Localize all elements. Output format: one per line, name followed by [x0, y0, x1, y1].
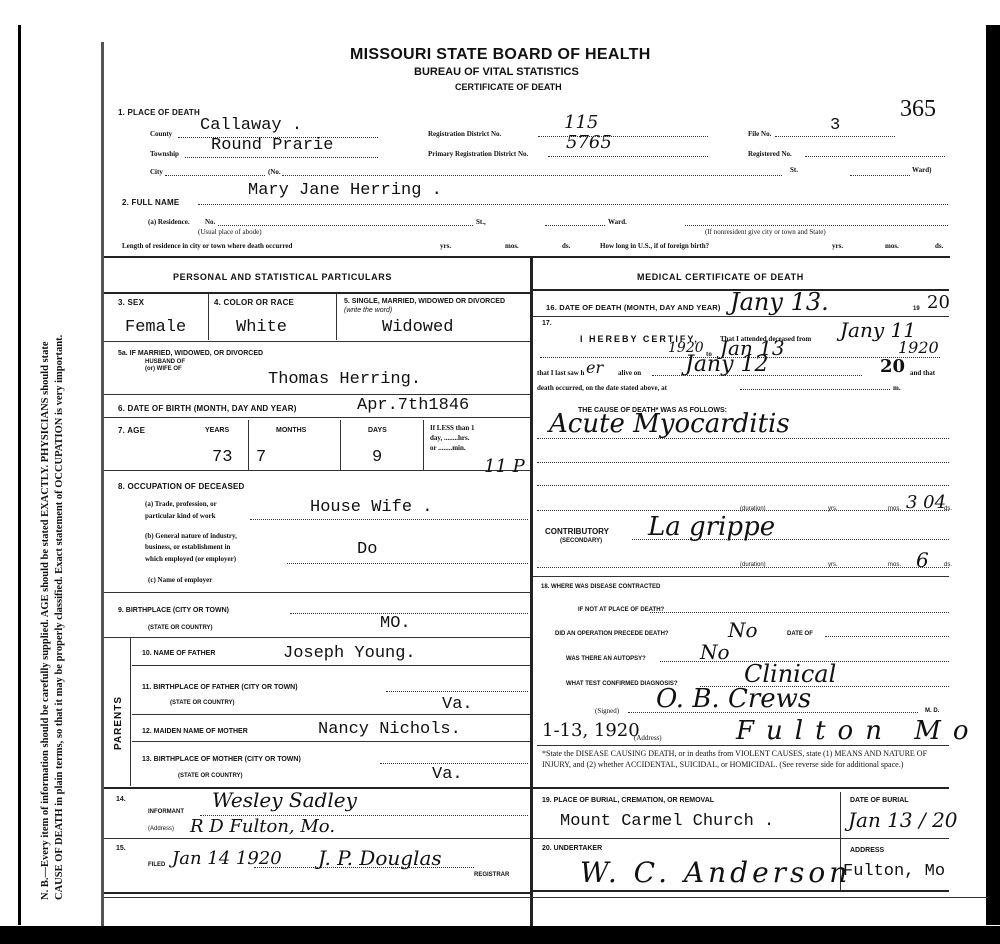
- rule: [533, 890, 949, 892]
- cause-line-2[interactable]: [537, 455, 949, 463]
- foreign-ds-label: ds.: [935, 242, 943, 250]
- scan-left-border: [18, 25, 21, 925]
- cause-field[interactable]: Acute Myocarditis: [537, 423, 949, 439]
- mother-bp-label: 13. BIRTHPLACE OF MOTHER (CITY OR TOWN): [142, 756, 301, 763]
- rule: [533, 316, 949, 317]
- margin-annotation: 11 P: [484, 456, 525, 477]
- mother-bp-value[interactable]: Va.: [432, 765, 463, 784]
- rule: [423, 420, 424, 470]
- filed-label: FILED: [148, 862, 165, 868]
- rule: [537, 745, 949, 746]
- cause-line-3[interactable]: [537, 478, 949, 486]
- rule: [104, 838, 530, 839]
- where-contracted-label: 18. WHERE WAS DISEASE CONTRACTED: [541, 584, 660, 590]
- rule: [336, 294, 337, 340]
- primary-reg-field[interactable]: 5765: [548, 140, 708, 157]
- cause-ds-label: ds.: [944, 506, 952, 512]
- cause-footnote: *State the DISEASE CAUSING DEATH, or in …: [542, 748, 954, 770]
- contrib-duration-value[interactable]: 6: [916, 548, 929, 572]
- undertaker-label: 20. UNDERTAKER: [542, 845, 602, 852]
- undertaker-address-label: ADDRESS: [850, 847, 884, 854]
- place-of-death-label: 1. PLACE OF DEATH: [118, 108, 200, 117]
- rule: [104, 292, 530, 294]
- contributory-label: CONTRIBUTORY: [545, 527, 609, 536]
- m-label: m.: [893, 384, 901, 392]
- scan-right-border: [986, 25, 1000, 925]
- rule: [104, 897, 988, 898]
- margin-note-2: CAUSE OF DEATH in plain terms, so that i…: [54, 100, 66, 900]
- to-year-value[interactable]: 1920: [898, 338, 939, 357]
- occupation-value: House Wife .: [310, 498, 432, 517]
- rule: [130, 638, 131, 786]
- margin-note-1: N. B.—Every item of information should b…: [40, 100, 52, 900]
- township-label: Township: [150, 150, 179, 158]
- alive-on-value: Jany 12: [685, 352, 769, 377]
- informant-address-label: (Address): [148, 826, 174, 832]
- mother-value[interactable]: Nancy Nichols.: [318, 720, 461, 739]
- parents-label: PARENTS: [113, 680, 124, 750]
- less-than-label: If LESS than 1: [430, 424, 475, 432]
- alive-year-value[interactable]: 20: [880, 356, 905, 377]
- contrib-ds-label: ds.: [944, 562, 952, 568]
- rule: [104, 592, 530, 593]
- rule: [208, 294, 209, 340]
- file-no-value: 3: [830, 116, 840, 135]
- occupation-field[interactable]: House Wife .: [250, 498, 528, 520]
- sex-label: 3. SEX: [118, 298, 144, 307]
- birthplace-state-label: (STATE OR COUNTRY): [148, 625, 213, 631]
- township-value: Round Prarie: [211, 136, 333, 155]
- birthplace-city-field[interactable]: [290, 605, 528, 614]
- city-st-label: St.: [790, 166, 798, 174]
- spouse-sub-wife: (or) WIFE OF: [145, 366, 182, 372]
- full-name-label: 2. FULL NAME: [122, 198, 179, 207]
- secondary-label: (SECONDARY): [560, 538, 602, 544]
- operation-date-field[interactable]: [825, 629, 949, 637]
- city-street-field[interactable]: [282, 166, 782, 176]
- dod-label: 16. DATE OF DEATH (MONTH, DAY AND YEAR): [546, 303, 721, 312]
- residence-no-label: No.: [205, 218, 215, 226]
- county-value: Callaway .: [200, 116, 302, 135]
- file-no-label: File No.: [748, 130, 771, 138]
- rule: [248, 420, 249, 470]
- contrib-duration-label: (duration): [740, 562, 766, 568]
- dod-value[interactable]: Jany 13.: [730, 288, 829, 316]
- undertaker-signature[interactable]: W. C. Anderson: [580, 856, 851, 889]
- race-value[interactable]: White: [236, 318, 287, 337]
- father-value[interactable]: Joseph Young.: [283, 644, 416, 663]
- rule: [132, 665, 530, 666]
- occupation-label: 8. OCCUPATION OF DECEASED: [118, 482, 245, 491]
- city-label: City: [150, 168, 163, 176]
- full-name-field[interactable]: Mary Jane Herring .: [198, 186, 948, 205]
- months-label: MONTHS: [276, 427, 306, 434]
- city-field[interactable]: [165, 166, 265, 176]
- reg-district-field[interactable]: 115: [538, 120, 708, 137]
- form-left-rule: [101, 42, 104, 926]
- or-min-label: or ........min.: [430, 444, 466, 452]
- abode-label: (Usual place of abode): [198, 228, 262, 236]
- mother-bp-state-label: (STATE OR COUNTRY): [178, 773, 243, 779]
- occ-a-label-1: (a) Trade, profession, or: [145, 500, 217, 508]
- rule: [533, 576, 949, 577]
- rule: [533, 838, 949, 839]
- operation-label: DID AN OPERATION PRECEDE DEATH?: [555, 631, 669, 637]
- form-title: MISSOURI STATE BOARD OF HEALTH: [350, 46, 651, 64]
- foreign-yrs-label: yrs.: [832, 242, 843, 250]
- residence-label: (a) Residence.: [148, 218, 190, 226]
- spouse-sub-husband: HUSBAND OF: [145, 359, 185, 365]
- physician-signature: O. B. Crews: [656, 684, 811, 714]
- cause-duration-value[interactable]: 3 04: [906, 492, 946, 513]
- reg-district-label: Registration District No.: [428, 130, 501, 138]
- filed-num: 15.: [116, 845, 126, 852]
- marital-value[interactable]: Widowed: [382, 318, 453, 337]
- last-saw-pronoun[interactable]: er: [586, 358, 603, 377]
- age-years-value[interactable]: 73: [212, 448, 232, 467]
- registered-no-label: Registered No.: [748, 150, 792, 158]
- registrar-label: REGISTRAR: [474, 872, 509, 878]
- length-ds-label: ds.: [562, 242, 570, 250]
- rule: [533, 787, 949, 789]
- birthplace-value[interactable]: MO.: [380, 614, 411, 633]
- undertaker-address-value[interactable]: Fulton, Mo: [843, 862, 945, 881]
- years-label: YEARS: [205, 427, 229, 434]
- informant-num: 14.: [116, 796, 126, 803]
- md-label: M. D.: [925, 708, 939, 714]
- occ-b-label-2: business, or establishment in: [145, 543, 230, 551]
- cause-yrs-label: yrs.: [828, 506, 838, 512]
- marital-label: 5. SINGLE, MARRIED, WIDOWED OR DIVORCED …: [344, 297, 524, 315]
- city-no-label: (No.: [268, 168, 281, 176]
- burial-value[interactable]: Mount Carmel Church .: [560, 812, 774, 831]
- township-field[interactable]: Round Prarie: [185, 140, 378, 158]
- length-residence-label: Length of residence in city or town wher…: [122, 242, 292, 250]
- contributory-value: La grippe: [648, 512, 775, 542]
- dod-year-prefix: 19: [913, 306, 920, 312]
- file-number-stamp: 365: [900, 96, 936, 123]
- occ-a-label-2: particular kind of work: [145, 512, 215, 520]
- length-yrs-label: yrs.: [440, 242, 451, 250]
- age-days-value[interactable]: 9: [372, 448, 382, 467]
- days-label: DAYS: [368, 427, 387, 434]
- marital-hint: (write the word): [344, 307, 392, 314]
- file-no-field[interactable]: 3: [775, 120, 895, 137]
- rule: [104, 394, 530, 395]
- father-bp-city-field[interactable]: [386, 683, 528, 692]
- father-bp-state-label: (STATE OR COUNTRY): [170, 700, 235, 706]
- physician-address-label: (Address): [634, 734, 662, 742]
- rule: [104, 892, 530, 894]
- physician-address-value[interactable]: Fulton Mo: [736, 716, 981, 746]
- residence-ward-field[interactable]: [545, 217, 605, 226]
- father-bp-value[interactable]: Va.: [442, 695, 473, 714]
- informant-address-value[interactable]: R D Fulton, Mo.: [190, 816, 335, 837]
- certify-num: 17.: [542, 320, 552, 327]
- registrar-signature: J. P. Douglas: [318, 846, 442, 870]
- death-occurred-label: death occurred, on the date stated above…: [537, 384, 667, 392]
- death-time-field[interactable]: [740, 382, 890, 390]
- rule: [132, 714, 530, 715]
- primary-reg-label: Primary Registration District No.: [428, 150, 528, 158]
- dob-label: 6. DATE OF BIRTH (MONTH, DAY AND YEAR): [118, 404, 297, 413]
- rule: [340, 420, 341, 470]
- age-months-value[interactable]: 7: [256, 448, 266, 467]
- industry-value: Do: [357, 540, 377, 559]
- father-bp-label: 11. BIRTHPLACE OF FATHER (CITY OR TOWN): [142, 684, 298, 691]
- reg-district-value: 115: [564, 112, 598, 133]
- informant-label: INFORMANT: [148, 809, 184, 815]
- rule: [104, 470, 530, 471]
- occ-c-label: (c) Name of employer: [148, 576, 212, 584]
- where-contracted-field[interactable]: [650, 605, 949, 613]
- rule: [132, 741, 530, 742]
- contrib-mos-label: mos.: [888, 562, 901, 568]
- signed-label: (Signed): [595, 707, 619, 715]
- full-name-value: Mary Jane Herring .: [248, 181, 442, 200]
- medical-section-title: MEDICAL CERTIFICATE OF DEATH: [637, 272, 804, 282]
- spouse-value[interactable]: Thomas Herring.: [268, 370, 421, 389]
- informant-field[interactable]: Wesley Sadley: [200, 798, 528, 816]
- burial-date-value[interactable]: Jan 13 / 20: [848, 808, 958, 832]
- rule: [104, 341, 530, 342]
- length-mos-label: mos.: [505, 242, 519, 250]
- operation-date-label: DATE OF: [787, 631, 813, 637]
- dod-year-value[interactable]: 20: [927, 292, 950, 313]
- father-label: 10. NAME OF FATHER: [142, 650, 215, 657]
- day-hrs-label: day, ........hrs.: [430, 434, 469, 442]
- column-divider: [530, 258, 533, 926]
- race-label: 4. COLOR OR RACE: [214, 298, 294, 307]
- occ-b-label-3: which employed (or employer): [145, 555, 236, 563]
- ward-field[interactable]: [850, 166, 910, 176]
- rule: [104, 417, 530, 418]
- foreign-mos-label: mos.: [885, 242, 899, 250]
- registered-no-field[interactable]: [805, 145, 945, 157]
- nonresident-label: (If nonresident give city or town and St…: [705, 228, 826, 236]
- birthplace-label: 9. BIRTHPLACE (CITY OR TOWN): [118, 607, 229, 614]
- dob-value[interactable]: Apr.7th1846: [357, 396, 469, 415]
- signed-date-value[interactable]: 1-13, 1920: [542, 720, 640, 741]
- residence-ward-label: Ward.: [608, 218, 627, 226]
- cause-mos-label: mos.: [888, 506, 901, 512]
- age-label: 7. AGE: [118, 426, 145, 435]
- ward-label: Ward): [912, 166, 931, 174]
- form-subtitle: BUREAU OF VITAL STATISTICS: [414, 66, 579, 78]
- marital-label-text: 5. SINGLE, MARRIED, WIDOWED OR DIVORCED: [344, 298, 505, 305]
- informant-value: Wesley Sadley: [212, 788, 357, 812]
- industry-field[interactable]: Do: [287, 540, 528, 564]
- foreign-label: How long in U.S., if of foreign birth?: [600, 242, 709, 250]
- mother-bp-city-field[interactable]: [380, 755, 528, 764]
- rule: [104, 637, 530, 638]
- operation-value[interactable]: No: [728, 618, 758, 642]
- mother-label: 12. MAIDEN NAME OF MOTHER: [142, 728, 248, 735]
- last-saw-label: that I last saw h: [537, 369, 584, 377]
- autopsy-value: No: [700, 640, 730, 664]
- burial-label: 19. PLACE OF BURIAL, CREMATION, OR REMOV…: [542, 797, 714, 804]
- cause-value: Acute Myocarditis: [549, 409, 790, 439]
- residence-street-field[interactable]: [218, 217, 473, 226]
- contrib-yrs-label: yrs.: [828, 562, 838, 568]
- residence-st-label: St.,: [476, 218, 486, 226]
- occ-b-label-1: (b) General nature of industry,: [145, 532, 237, 540]
- primary-reg-value: 5765: [566, 132, 612, 153]
- burial-date-label: DATE OF BURIAL: [850, 797, 909, 804]
- spouse-label: 5a. IF MARRIED, WIDOWED, OR DIVORCED: [118, 350, 263, 357]
- alive-on-label: alive on: [618, 369, 641, 377]
- nonresident-field[interactable]: [685, 217, 948, 226]
- scan-bottom-border: [0, 926, 1000, 944]
- autopsy-label: WAS THERE AN AUTOPSY?: [566, 656, 646, 662]
- personal-section-title: PERSONAL AND STATISTICAL PARTICULARS: [173, 272, 392, 282]
- county-label: County: [150, 130, 172, 138]
- and-that-label: and that: [910, 369, 935, 377]
- sex-value[interactable]: Female: [125, 318, 186, 337]
- rule-top-sections: [104, 256, 950, 258]
- form-certificate-label: CERTIFICATE OF DEATH: [455, 82, 562, 92]
